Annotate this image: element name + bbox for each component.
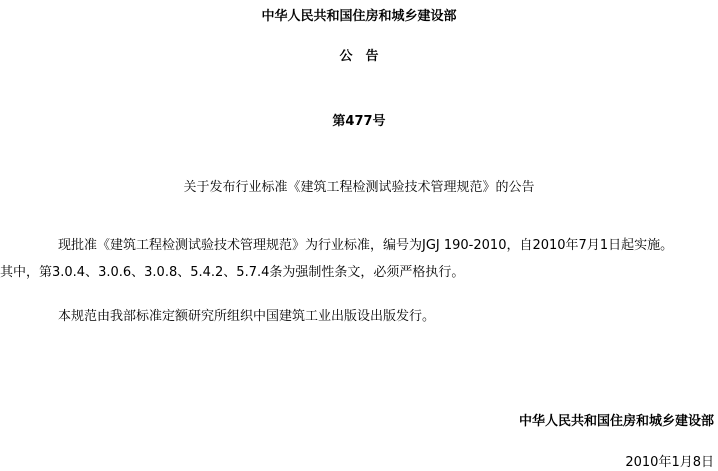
notice-subject: 关于发布行业标准《建筑工程检测试验技术管理规范》的公告 <box>0 176 718 195</box>
paragraph-publication: 本规范由我部标准定额研究所组织中国建筑工业出版设出版发行。 <box>0 303 718 330</box>
issuer-header: 中华人民共和国住房和城乡建设部 <box>0 5 718 24</box>
paragraph-approval: 现批准《建筑工程检测试验技术管理规范》为行业标准，编号为JGJ 190-2010… <box>0 232 718 286</box>
signature-date: 2010年1月8日 <box>625 451 714 470</box>
signature-issuer: 中华人民共和国住房和城乡建设部 <box>519 410 714 429</box>
paragraph-line: 现批准《建筑工程检测试验技术管理规范》为行业标准，编号为JGJ 190-2010… <box>0 232 718 259</box>
paragraph-line: 本规范由我部标准定额研究所组织中国建筑工业出版设出版发行。 <box>58 303 718 330</box>
notice-title: 公告 <box>0 45 718 64</box>
paragraph-line: 其中，第3.0.4、3.0.6、3.0.8、5.4.2、5.7.4条为强制性条文… <box>0 259 718 286</box>
notice-number: 第477号 <box>0 110 718 129</box>
